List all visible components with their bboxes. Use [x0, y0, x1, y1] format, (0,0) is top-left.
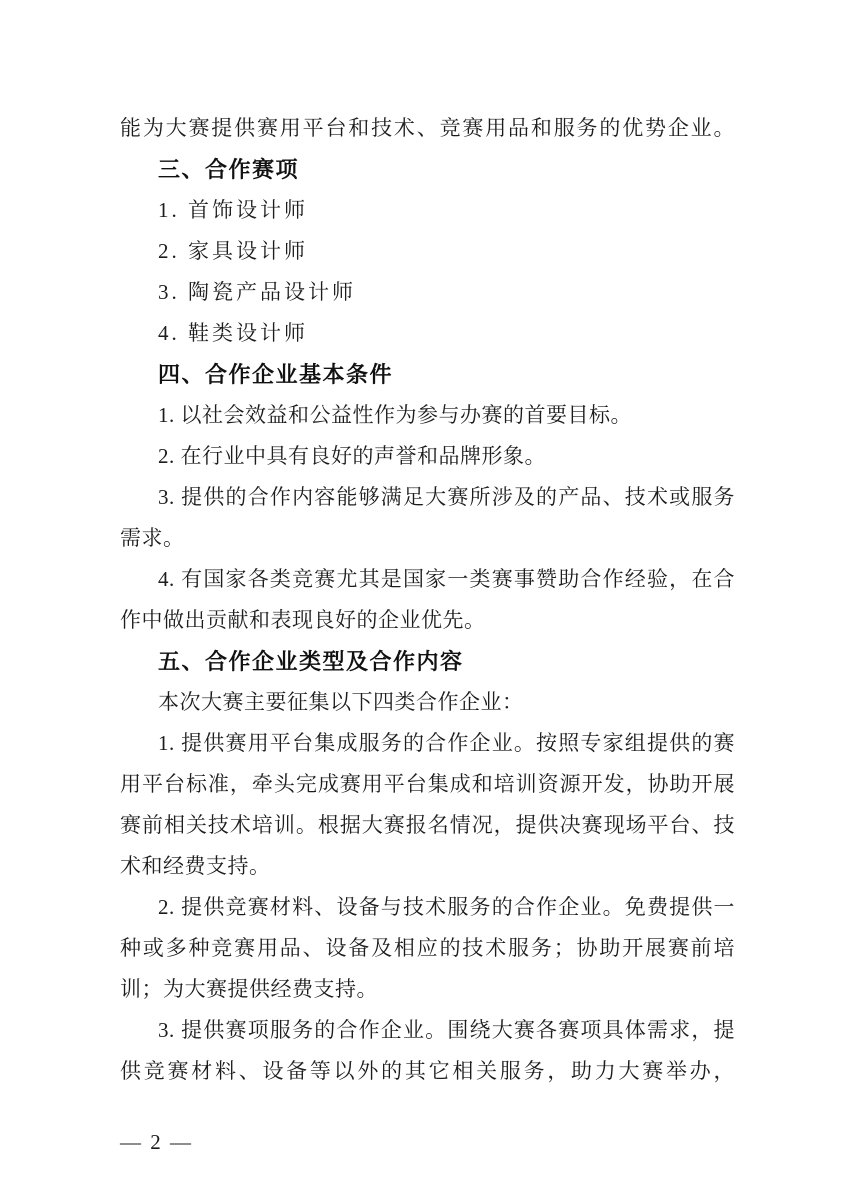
type-paragraph-1: 1. 提供赛用平台集成服务的合作企业。按照专家组提供的赛用平台标准，牵头完成赛用…: [120, 723, 735, 887]
paragraph-continuation: 能为大赛提供赛用平台和技术、竞赛用品和服务的优势企业。: [120, 108, 735, 149]
type-paragraph-2: 2. 提供竞赛材料、设备与技术服务的合作企业。免费提供一种或多种竞赛用品、设备及…: [120, 887, 735, 1010]
section-heading-enterprise-types: 五、合作企业类型及合作内容: [120, 641, 735, 682]
section-heading-cooperation-events: 三、合作赛项: [120, 149, 735, 190]
condition-paragraph-4: 4. 有国家各类竞赛尤其是国家一类赛事赞助合作经验，在合作中做出贡献和表现良好的…: [120, 559, 735, 641]
event-list-item-1: 1. 首饰设计师: [120, 190, 735, 231]
condition-paragraph-1: 1. 以社会效益和公益性作为参与办赛的首要目标。: [120, 395, 735, 436]
type-paragraph-3: 3. 提供赛项服务的合作企业。围绕大赛各赛项具体需求，提供竞赛材料、设备等以外的…: [120, 1010, 735, 1092]
page-number: — 2 —: [120, 1122, 193, 1163]
event-list-item-3: 3. 陶瓷产品设计师: [120, 272, 735, 313]
condition-paragraph-2: 2. 在行业中具有良好的声誉和品牌形象。: [120, 436, 735, 477]
document-page: 能为大赛提供赛用平台和技术、竞赛用品和服务的优势企业。 三、合作赛项 1. 首饰…: [0, 0, 848, 1200]
event-list-item-2: 2. 家具设计师: [120, 231, 735, 272]
section-heading-enterprise-basic-conditions: 四、合作企业基本条件: [120, 354, 735, 395]
types-intro-paragraph: 本次大赛主要征集以下四类合作企业：: [120, 682, 735, 723]
condition-paragraph-3: 3. 提供的合作内容能够满足大赛所涉及的产品、技术或服务需求。: [120, 477, 735, 559]
event-list-item-4: 4. 鞋类设计师: [120, 313, 735, 354]
